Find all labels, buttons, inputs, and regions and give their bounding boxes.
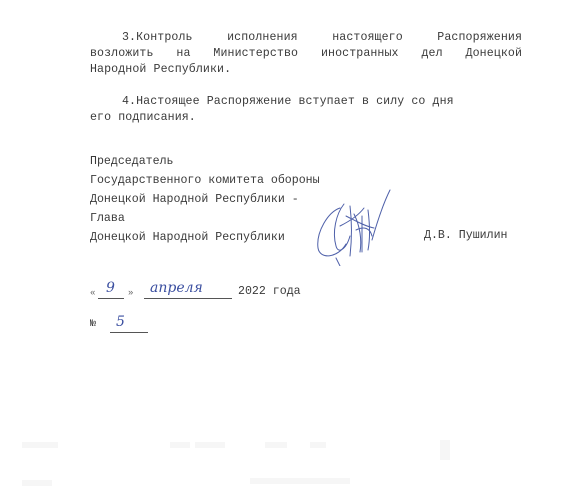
signatory-title-line: Донецкой Народной Республики - <box>90 190 320 209</box>
handwritten-signature-icon <box>310 186 410 266</box>
signatory-title-line: Глава <box>90 209 320 228</box>
date-month-underline <box>144 298 232 299</box>
paragraph-3-number: 3. <box>122 31 136 44</box>
date-month-handwritten: апреля <box>150 280 203 296</box>
signatory-title-line: Донецкой Народной Республики <box>90 228 320 247</box>
date-year: 2022 года <box>238 285 301 298</box>
document-number-handwritten: 5 <box>116 314 125 330</box>
paragraph-4-line-1: 4.Настоящее Распоряжение вступает в силу… <box>90 94 522 110</box>
signatory-title: Председатель Государственного комитета о… <box>90 152 320 247</box>
date-close-quote: » <box>128 288 133 298</box>
paragraph-3-line-2: возложить на Министерство иностранных де… <box>90 46 522 62</box>
signatory-title-line: Государственного комитета обороны <box>90 171 320 190</box>
date-day-handwritten: 9 <box>106 280 115 296</box>
paragraph-4-number: 4. <box>122 95 136 108</box>
signatory-title-line: Председатель <box>90 152 320 171</box>
paragraph-3-line-3: Народной Республики. <box>90 62 522 78</box>
paragraph-3: 3.Контроль исполнения настоящего Распоря… <box>90 30 522 78</box>
paragraph-3-line-1: 3.Контроль исполнения настоящего Распоря… <box>90 30 522 46</box>
date-open-quote: « <box>90 288 95 298</box>
paragraph-4-line-2: его подписания. <box>90 110 522 126</box>
paragraph-4: 4.Настоящее Распоряжение вступает в силу… <box>90 94 522 126</box>
date-day-underline <box>98 298 124 299</box>
document-page: 3.Контроль исполнения настоящего Распоря… <box>0 0 585 494</box>
faint-bleedthrough-artifact <box>20 430 565 490</box>
signer-name: Д.В. Пушилин <box>424 228 508 244</box>
number-underline <box>110 332 148 333</box>
number-sign: № <box>90 319 96 330</box>
